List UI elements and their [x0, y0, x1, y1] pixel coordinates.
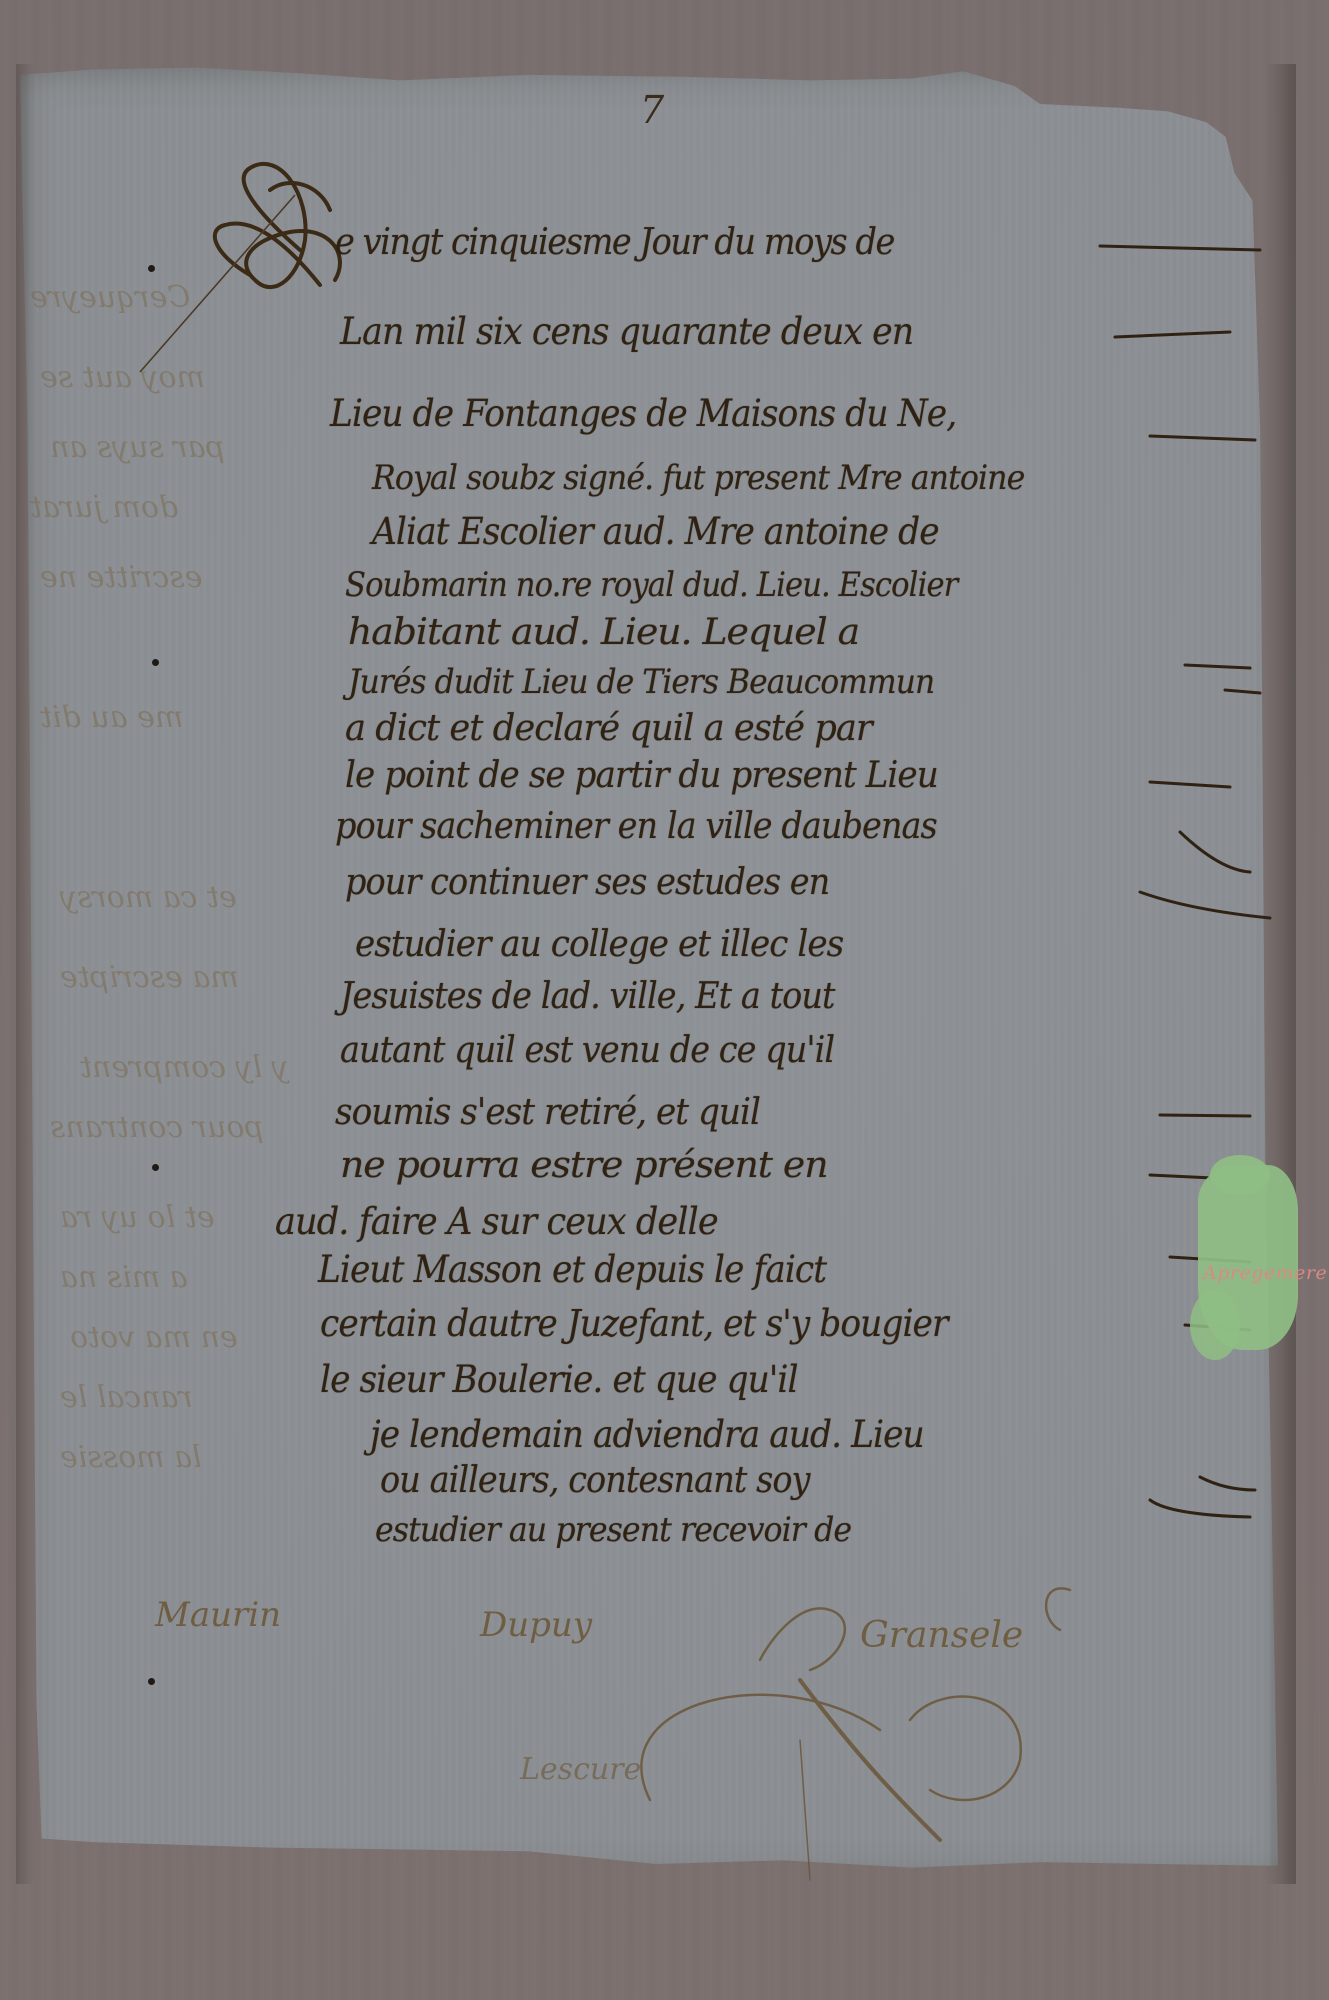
- text-line: Soubmarin no.re royal dud. Lieu. Escolie…: [345, 565, 957, 605]
- text-line: ne pourra estre présent en: [340, 1145, 828, 1186]
- text-line: je lendemain adviendra aud. Lieu: [370, 1413, 924, 1456]
- signature-right: Gransele: [860, 1615, 1023, 1656]
- text-line: autant quil est venu de ce qu'il: [340, 1030, 834, 1071]
- text-line: pour continuer ses estudes en: [345, 862, 829, 903]
- stamp-blob: [1190, 1290, 1240, 1360]
- text-line: Lan mil six cens quarante deux en: [340, 310, 913, 353]
- signature-bottom: Lescure: [520, 1752, 641, 1787]
- signature-center: Dupuy: [480, 1605, 592, 1645]
- text-line: certain dautre Juzefant, et s'y bougier: [320, 1302, 947, 1345]
- text-line: soumis s'est retiré, et quil: [335, 1092, 760, 1133]
- text-line: Lieu de Fontanges de Maisons du Ne,: [330, 392, 956, 435]
- text-line: estudier au college et illec les: [355, 924, 843, 965]
- text-line: Jurés dudit Lieu de Tiers Beaucommun: [348, 662, 934, 702]
- text-line: habitant aud. Lieu. Lequel a: [348, 612, 859, 653]
- text-line: le sieur Boulerie. et que qu'il: [320, 1358, 798, 1401]
- text-line: estudier au present recevoir de: [375, 1510, 851, 1550]
- text-line: Jesuistes de lad. ville, Et a tout: [340, 976, 835, 1017]
- text-line: e vingt cinquiesme Jour du moys de: [335, 222, 894, 263]
- text-line: Royal soubz signé. fut present Mre antoi…: [372, 458, 1024, 498]
- text-line: a dict et declaré quil a esté par: [345, 708, 872, 749]
- text-line: Lieut Masson et depuis le faict: [318, 1248, 826, 1291]
- text-line: ou ailleurs, contesnant soy: [380, 1460, 810, 1501]
- signature-left: Maurin: [155, 1595, 281, 1635]
- text-line: pour sacheminer en la ville daubenas: [335, 806, 937, 847]
- text-line: aud. faire A sur ceux delle: [275, 1200, 718, 1243]
- stamp-label: Apregemere: [1203, 1262, 1327, 1284]
- text-line: Aliat Escolier aud. Mre antoine de: [372, 510, 939, 553]
- text-line: le point de se partir du present Lieu: [345, 755, 938, 796]
